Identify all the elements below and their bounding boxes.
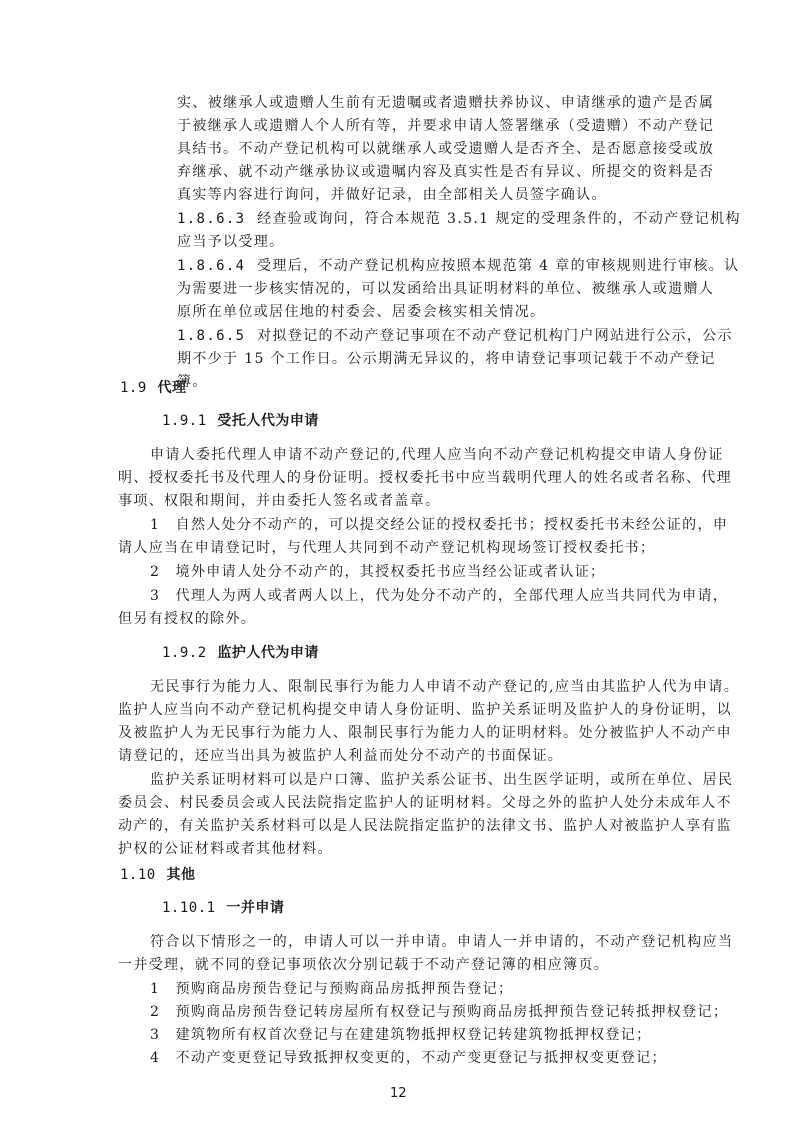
clause-text: 经查验或询问，符合本规范 3.5.1 规定的受理条件的，不动产登记机构 xyxy=(257,211,741,227)
heading-title: 其他 xyxy=(166,867,195,883)
paragraph-line: 具结书。不动产登记机构可以就继承人或受遗赠人是否齐全、是否愿意接受或放 xyxy=(177,141,675,157)
clause-text: 对拟登记的不动产登记事项在不动产登记机构门户网站进行公示，公示 xyxy=(257,328,733,344)
clause-number: 1.8.6.5 xyxy=(177,328,245,344)
heading-number: 1.9.2 xyxy=(162,645,207,661)
section-heading-1-9-1: 1.9.1 受托人代为申请 xyxy=(162,413,319,429)
paragraph-line: 无民事行为能力人、限制民事行为能力人申请不动产登记的,应当由其监护人代为申请。 xyxy=(150,679,739,695)
heading-number: 1.10.1 xyxy=(162,900,216,916)
paragraph-line: 真实等内容进行询问，并做好记录，由全部相关人员签字确认。 xyxy=(177,187,607,203)
clause-1865: 1.8.6.5 对拟登记的不动产登记事项在不动产登记机构门户网站进行公示，公示 xyxy=(177,328,733,344)
paragraph-line: 护权的公证材料或者其他材料。 xyxy=(118,841,333,857)
document-page: 实、被继承人或遗赠人生前有无遗嘱或者遗赠扶养协议、申请继承的遗产是否属 于被继承… xyxy=(0,0,793,1122)
paragraph-line: 动产的，有关监护关系材料可以是人民法院指定监护的法律文书、监护人对被监护人享有监 xyxy=(118,818,732,834)
heading-number: 1.9.1 xyxy=(162,413,207,429)
clause-1864: 1.8.6.4 受理后，不动产登记机构应按照本规范第 4 章的审核规则进行审核。… xyxy=(177,258,739,274)
list-item: 2 境外申请人处分不动产的，其授权委托书应当经公证或者认证； xyxy=(150,564,605,580)
paragraph-line: 请人应当在申请登记时，与代理人共同到不动产登记机构现场签订授权委托书； xyxy=(118,540,655,556)
paragraph-line: 明、授权委托书及代理人的身份证明。授权委托书中应当载明代理人的姓名或者名称、代理 xyxy=(118,470,732,486)
paragraph-line: 监护人应当向不动产登记机构提交申请人身份证明、监护关系证明及监护人的身份证明，以 xyxy=(118,702,732,718)
clause-number: 1.8.6.4 xyxy=(177,258,245,274)
section-heading-1-9: 1.9 代理 xyxy=(120,380,187,396)
paragraph-line: 弃继承、就不动产继承协议或遗嘱内容及真实性是否有异议、所提交的资料是否 xyxy=(177,164,675,180)
heading-title: 一并申请 xyxy=(226,900,284,916)
paragraph-line: 原所在单位或居住地的村委会、居委会核实相关情况。 xyxy=(177,304,545,320)
page-number: 12 xyxy=(390,1086,407,1101)
paragraph-line: 请登记的，还应当出具为被监护人利益而处分不动产的书面保证。 xyxy=(118,748,563,764)
heading-title: 代理 xyxy=(158,380,187,396)
section-heading-1-10-1: 1.10.1 一并申请 xyxy=(162,900,284,916)
list-item: 1 自然人处分不动产的，可以提交经公证的授权委托书；授权委托书未经公证的，申 xyxy=(150,517,728,533)
clause-number: 1.8.6.3 xyxy=(177,211,245,227)
clause-1863: 1.8.6.3 经查验或询问，符合本规范 3.5.1 规定的受理条件的，不动产登… xyxy=(177,211,741,227)
paragraph-line: 申请人委托代理人申请不动产登记的,代理人应当向不动产登记机构提交申请人身份证 xyxy=(150,447,724,463)
heading-title: 受托人代为申请 xyxy=(217,413,319,429)
list-item: 2 预购商品房预告登记转房屋所有权登记与预购商品房抵押预告登记转抵押权登记； xyxy=(150,1004,728,1020)
paragraph-line: 一并受理，就不同的登记事项依次分别记载于不动产登记簿的相应簿页。 xyxy=(118,957,609,973)
section-heading-1-10: 1.10 其他 xyxy=(120,867,195,883)
paragraph-line: 事项、权限和期间，并由委托人签名或者盖章。 xyxy=(118,493,440,509)
paragraph-line: 委员会、村民委员会或人民法院指定监护人的证明材料。父母之外的监护人处分未成年人不 xyxy=(118,795,732,811)
section-heading-1-9-2: 1.9.2 监护人代为申请 xyxy=(162,645,319,661)
heading-number: 1.10 xyxy=(120,867,156,883)
list-item: 4 不动产变更登记导致抵押权变更的，不动产变更登记与抵押权变更登记； xyxy=(150,1050,667,1066)
paragraph-line: 于被继承人或遗赠人个人所有等，并要求申请人签署继承（受遗赠）不动产登记 xyxy=(177,118,675,134)
paragraph-line: 监护关系证明材料可以是户口簿、监护关系公证书、出生医学证明，或所在单位、居民 xyxy=(150,772,733,788)
paragraph-line: 符合以下情形之一的，申请人可以一并申请。申请人一并申请的，不动产登记机构应当 xyxy=(150,934,733,950)
list-item: 3 代理人为两人或者两人以上，代为处分不动产的，全部代理人应当共同代为申请， xyxy=(150,588,728,604)
paragraph-line: 期不少于 15 个工作日。公示期满无异议的，将申请登记事项记载于不动产登记 xyxy=(177,351,716,367)
list-item: 3 建筑物所有权首次登记与在建建筑物抵押权登记转建筑物抵押权登记； xyxy=(150,1027,651,1043)
heading-number: 1.9 xyxy=(120,380,147,396)
paragraph-line: 但另有授权的除外。 xyxy=(118,611,256,627)
paragraph-line: 实、被继承人或遗赠人生前有无遗嘱或者遗赠扶养协议、申请继承的遗产是否属 xyxy=(177,95,675,111)
paragraph-line: 及被监护人为无民事行为能力人、限制民事行为能力人的证明材料。处分被监护人不动产申 xyxy=(118,725,732,741)
list-item: 1 预购商品房预告登记与预购商品房抵押预告登记； xyxy=(150,981,513,997)
paragraph-line: 为需要进一步核实情况的，可以发函给出具证明材料的单位、被继承人或遗赠人 xyxy=(177,281,714,297)
clause-text: 受理后，不动产登记机构应按照本规范第 4 章的审核规则进行审核。认 xyxy=(257,258,739,274)
heading-title: 监护人代为申请 xyxy=(217,645,319,661)
paragraph-line: 应当予以受理。 xyxy=(177,234,284,250)
